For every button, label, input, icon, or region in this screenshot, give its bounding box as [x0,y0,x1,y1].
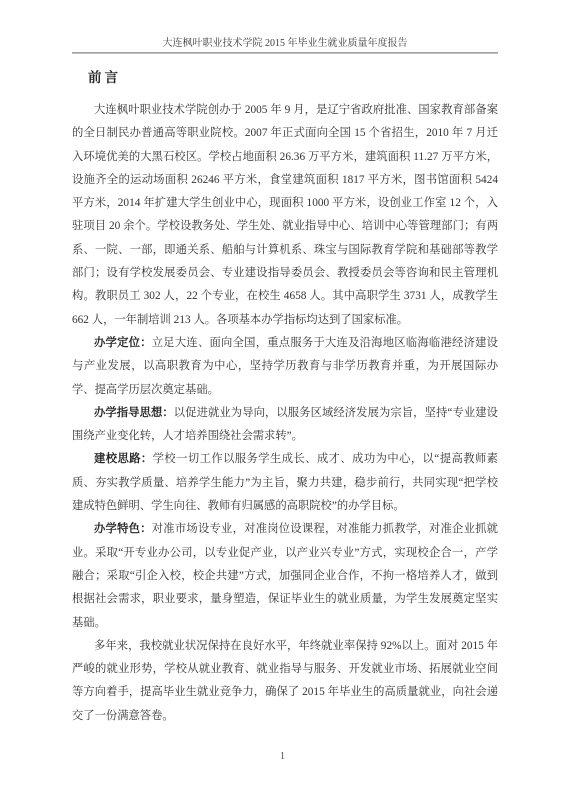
paragraph: 办学指导思想：以促进就业为导向，以服务区域经济发展为宗旨，坚持“专业建设围绕产业… [72,402,498,449]
paragraph-text: 对准市场设专业，对准岗位设课程，对准能力抓教学，对准企业抓就业。采取“开专业办公… [72,523,498,628]
paragraph: 办学定位：立足大连、面向全国，重点服务于大连及沿海地区临海临港经济建设与产业发展… [72,332,498,402]
paragraph-label: 办学指导思想： [94,407,174,419]
paragraph: 办学特色：对准市场设专业，对准岗位设课程，对准能力抓教学，对准企业抓就业。采取“… [72,518,498,634]
paragraph: 建校思路：学校一切工作以服务学生成长、成才、成功为中心，以“提高教师素质、夯实教… [72,448,498,518]
paragraph-label: 办学特色： [94,523,152,535]
paragraph-label: 建校思路： [94,453,153,465]
paragraph: 大连枫叶职业技术学院创办于 2005 年 9 月，是辽宁省政府批准、国家教育部备… [72,99,498,332]
page-number: 1 [0,751,565,762]
section-heading-preface: 前言 [88,69,498,86]
page-header-title: 大连枫叶职业技术学院 2015 年毕业生就业质量年度报告 [72,38,498,50]
header-divider [72,52,498,54]
paragraph-text: 多年来，我校就业状况保持在良好水平，年终就业率保持 92%以上。面对 2015 … [72,640,498,722]
paragraph: 多年来，我校就业状况保持在良好水平，年终就业率保持 92%以上。面对 2015 … [72,635,498,728]
document-body: 前言 大连枫叶职业技术学院创办于 2005 年 9 月，是辽宁省政府批准、国家教… [72,69,498,728]
document-page: 大连枫叶职业技术学院 2015 年毕业生就业质量年度报告 前言 大连枫叶职业技术… [0,0,565,800]
paragraph-text: 大连枫叶职业技术学院创办于 2005 年 9 月，是辽宁省政府批准、国家教育部备… [72,104,498,326]
paragraph-label: 办学定位： [94,337,152,349]
